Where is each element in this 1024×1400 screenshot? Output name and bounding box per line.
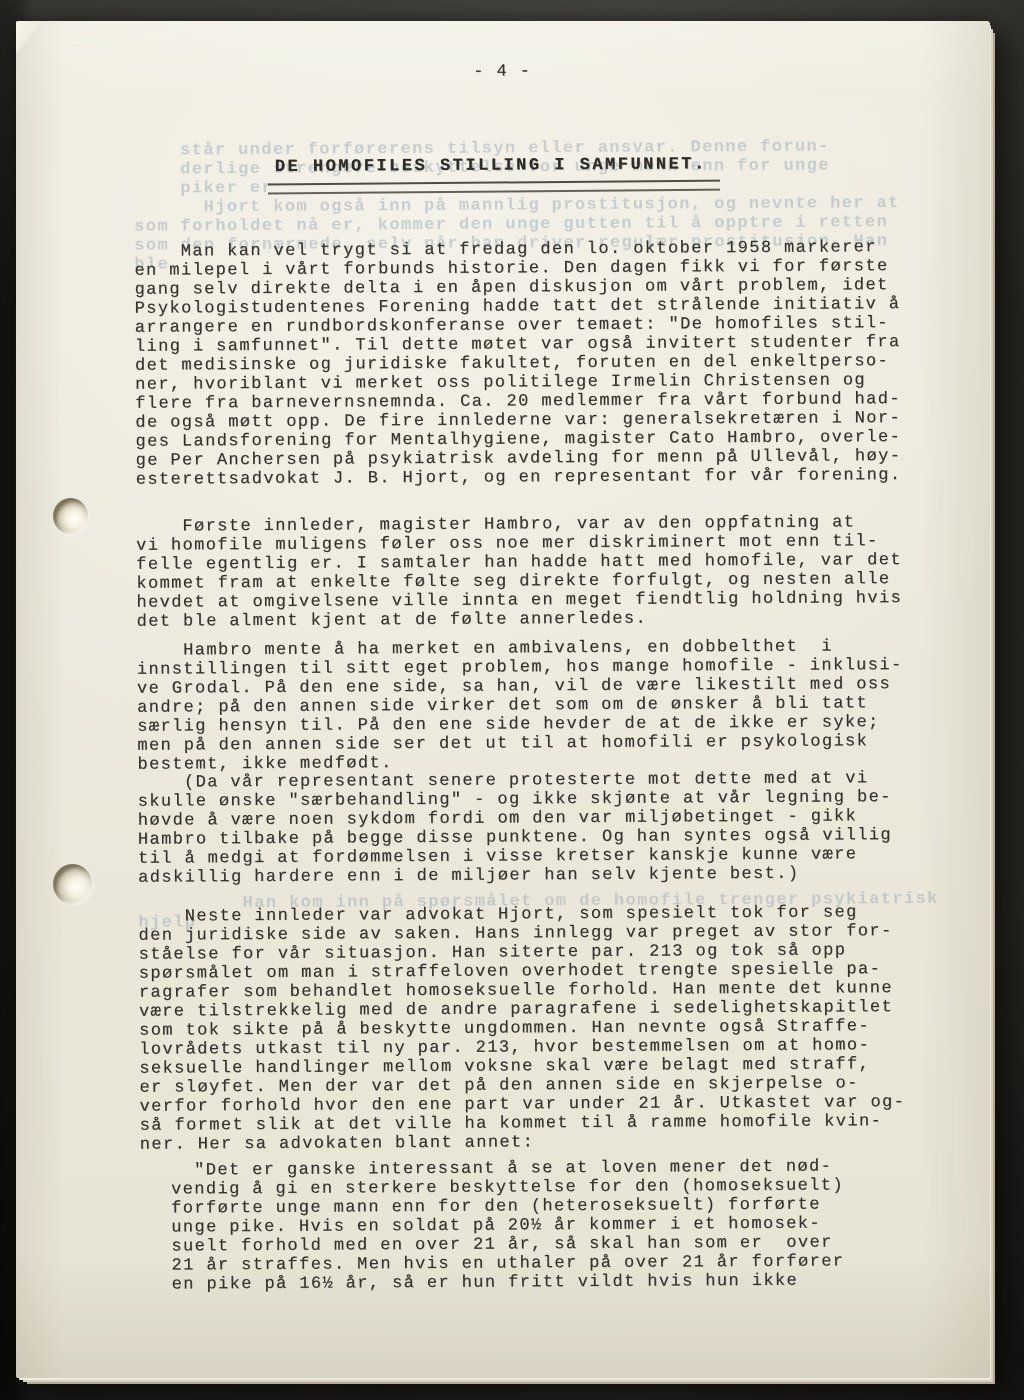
paragraph-1: Man kan vel trygt si at fredag den lo. o… — [134, 238, 901, 490]
paragraph-4: (Da vår representant senere protesterte … — [137, 769, 892, 888]
scan-viewport: står under forførerens tilsyn eller ansv… — [0, 0, 1024, 1400]
page-number: - 4 - — [473, 62, 531, 81]
paragraph-2: Første innleder, magister Hambro, var av… — [136, 513, 902, 632]
paragraph-5: Neste innleder var advokat Hjort, som sp… — [138, 903, 905, 1155]
paragraph-3: Hambro mente å ha merket en ambivalens, … — [137, 637, 904, 775]
document-title: DE HOMOFILES STILLING I SAMFUNNET. — [275, 155, 707, 177]
paper-sheet: står under forførerens tilsyn eller ansv… — [16, 21, 990, 1378]
typewritten-content: står under forførerens tilsyn eller ansv… — [15, 16, 997, 1379]
quote-block: "Det er ganske interessant å se at loven… — [171, 1157, 845, 1294]
